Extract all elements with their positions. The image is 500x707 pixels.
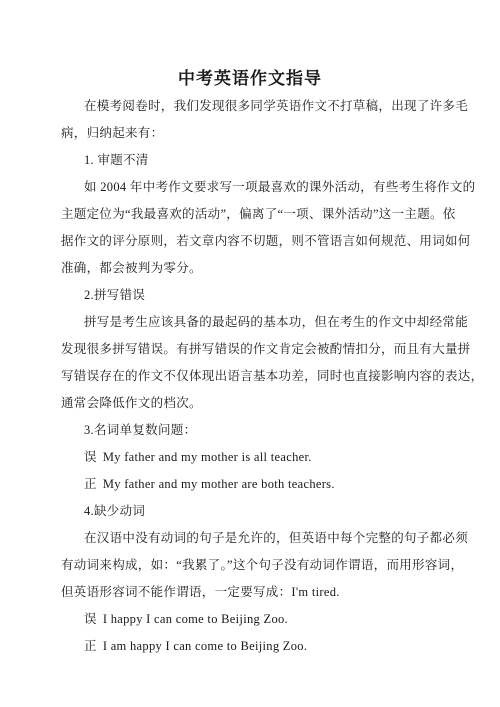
example-text: I am happy I can come to Beijing Zoo. (103, 639, 307, 653)
intro-line: 在模考阅卷时，我们发现很多同学英语作文不打草稿，出现了许多毛 (84, 96, 441, 114)
example-wrong: 误I happy I can come to Beijing Zoo. (84, 609, 441, 627)
example-text: My father and my mother are both teacher… (103, 477, 335, 491)
correct-mark: 正 (84, 474, 97, 492)
section-heading: 1. 审题不清 (84, 150, 441, 168)
example-correct: 正My father and my mother are both teache… (84, 474, 441, 492)
paragraph-line: 如 2004 年中考作文要求写一项最喜欢的课外活动，有些考生将作文的 (84, 177, 441, 195)
document-page: 中考英语作文指导 在模考阅卷时，我们发现很多同学英语作文不打草稿，出现了许多毛 … (0, 0, 500, 707)
correct-mark: 正 (84, 636, 97, 654)
paragraph-line: 据作文的评分原则，若文章内容不切题，则不管语言如何规范、用词如何 (61, 231, 441, 249)
example-wrong: 误My father and my mother is all teacher. (84, 447, 441, 465)
paragraph-line: 通常会降低作文的档次。 (61, 393, 441, 411)
paragraph-line: 发现很多拼写错误。有拼写错误的作文肯定会被酌情扣分，而且有大量拼 (61, 339, 441, 357)
paragraph-line: 准确，都会被判为零分。 (61, 258, 441, 276)
section-heading: 3.名词单复数问题： (84, 420, 441, 438)
paragraph-line: 但英语形容词不能作谓语，一定要写成：I'm tired. (61, 582, 441, 600)
example-text: I happy I can come to Beijing Zoo. (103, 612, 288, 626)
paragraph-line: 主题定位为“我最喜欢的活动”，偏离了“一项、课外活动”这一主题。依 (61, 204, 441, 222)
example-correct: 正I am happy I can come to Beijing Zoo. (84, 636, 441, 654)
paragraph-line: 拼写是考生应该具备的最起码的基本功，但在考生的作文中却经常能 (84, 312, 441, 330)
intro-line: 病，归纳起来有： (61, 123, 441, 141)
document-title: 中考英语作文指导 (0, 64, 500, 89)
paragraph-line: 写错误存在的作文不仅体现出语言基本功差，同时也直接影响内容的表达， (61, 366, 441, 384)
wrong-mark: 误 (84, 609, 97, 627)
section-heading: 4.缺少动词 (84, 501, 441, 519)
paragraph-line: 有动词来构成，如：“我累了。”这个句子没有动词作谓语，而用形容词， (61, 555, 441, 573)
section-heading: 2.拼写错误 (84, 285, 441, 303)
paragraph-line: 在汉语中没有动词的句子是允许的，但英语中每个完整的句子都必须 (84, 528, 441, 546)
example-text: My father and my mother is all teacher. (103, 450, 312, 464)
wrong-mark: 误 (84, 447, 97, 465)
